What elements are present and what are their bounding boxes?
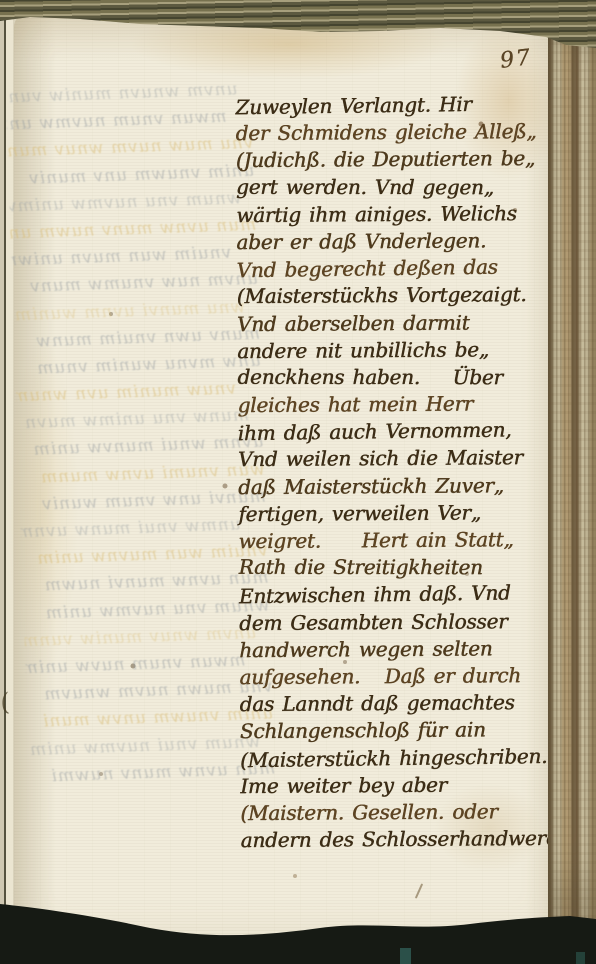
handwritten-line: (Judichß. die Deputierten be„ — [236, 146, 554, 175]
handwritten-line: Zuweylen Verlangt. Hir — [235, 91, 553, 123]
handwritten-line: Vnd aberselben darmit — [237, 309, 555, 338]
book-cradle-support-left — [400, 948, 411, 964]
handwritten-line: gleiches hat mein Herr — [237, 391, 555, 420]
handwritten-line: Entzwischen ihm daß. Vnd — [239, 580, 557, 612]
handwritten-line: weigret. Hert ain Statt„ — [238, 527, 556, 556]
handwritten-line: der Schmidens gleiche Alleß„ — [236, 119, 554, 148]
handwritten-line: (Maisterstückh hingeschriben. — [240, 743, 558, 775]
deckled-paper-edge — [0, 904, 596, 964]
handwritten-line: aufgesehen. Daß er durch — [239, 663, 557, 692]
book-cradle-support-right — [576, 952, 585, 964]
handwritten-line: Ime weiter bey aber — [240, 772, 558, 801]
handwritten-line: Vnd begerecht deßen das — [236, 254, 554, 286]
folio-number: 97 — [499, 45, 534, 74]
manuscript-scan: ( unvm wnuvn muniw vunmwun vnum nuvmw un… — [0, 0, 596, 964]
handwritten-line: gert werden. Vnd gegen„ — [236, 174, 554, 202]
handwritten-line: andere nit unbillichs be„ — [237, 337, 555, 366]
handwritten-line: ihm daß auch Vernommen, — [238, 417, 556, 449]
handwritten-line: (Maistern. Gesellen. oder — [240, 799, 558, 828]
handwritten-line: das Lanndt daß gemachtes — [240, 690, 558, 719]
handwritten-line: daß Maisterstückh Zuver„ — [238, 473, 556, 502]
handwritten-line: Rath die Streitigkheiten — [239, 555, 557, 583]
handwritten-line: andern des Schlosserhandwerchs — [240, 826, 558, 855]
handwritten-line: aber er daß Vnderlegen. — [236, 228, 554, 257]
handwritten-line: fertigen, verweilen Ver„ — [238, 500, 556, 529]
handwritten-line: handwerch wegen selten — [239, 636, 557, 665]
handwritten-line: denckhens haben. Über — [237, 365, 555, 393]
handwritten-line: Vnd weilen sich die Maister — [238, 445, 556, 474]
handwritten-line: (Maisterstückhs Vortgezaigt. — [237, 282, 555, 311]
manuscript-text-block: Zuweylen Verlangt. Hirder Schmidens glei… — [235, 92, 558, 855]
handwritten-line: wärtig ihm ainiges. Welichs — [236, 201, 554, 230]
bottom-backdrop — [0, 864, 596, 964]
handwritten-line: Schlangenschloß für ain — [240, 717, 558, 746]
book-fore-edge — [548, 6, 596, 920]
handwritten-line: dem Gesambten Schlosser — [239, 608, 557, 637]
manuscript-page: unvm wnuvn muniw vunmwun vnum nuvmw unim… — [14, 13, 560, 940]
